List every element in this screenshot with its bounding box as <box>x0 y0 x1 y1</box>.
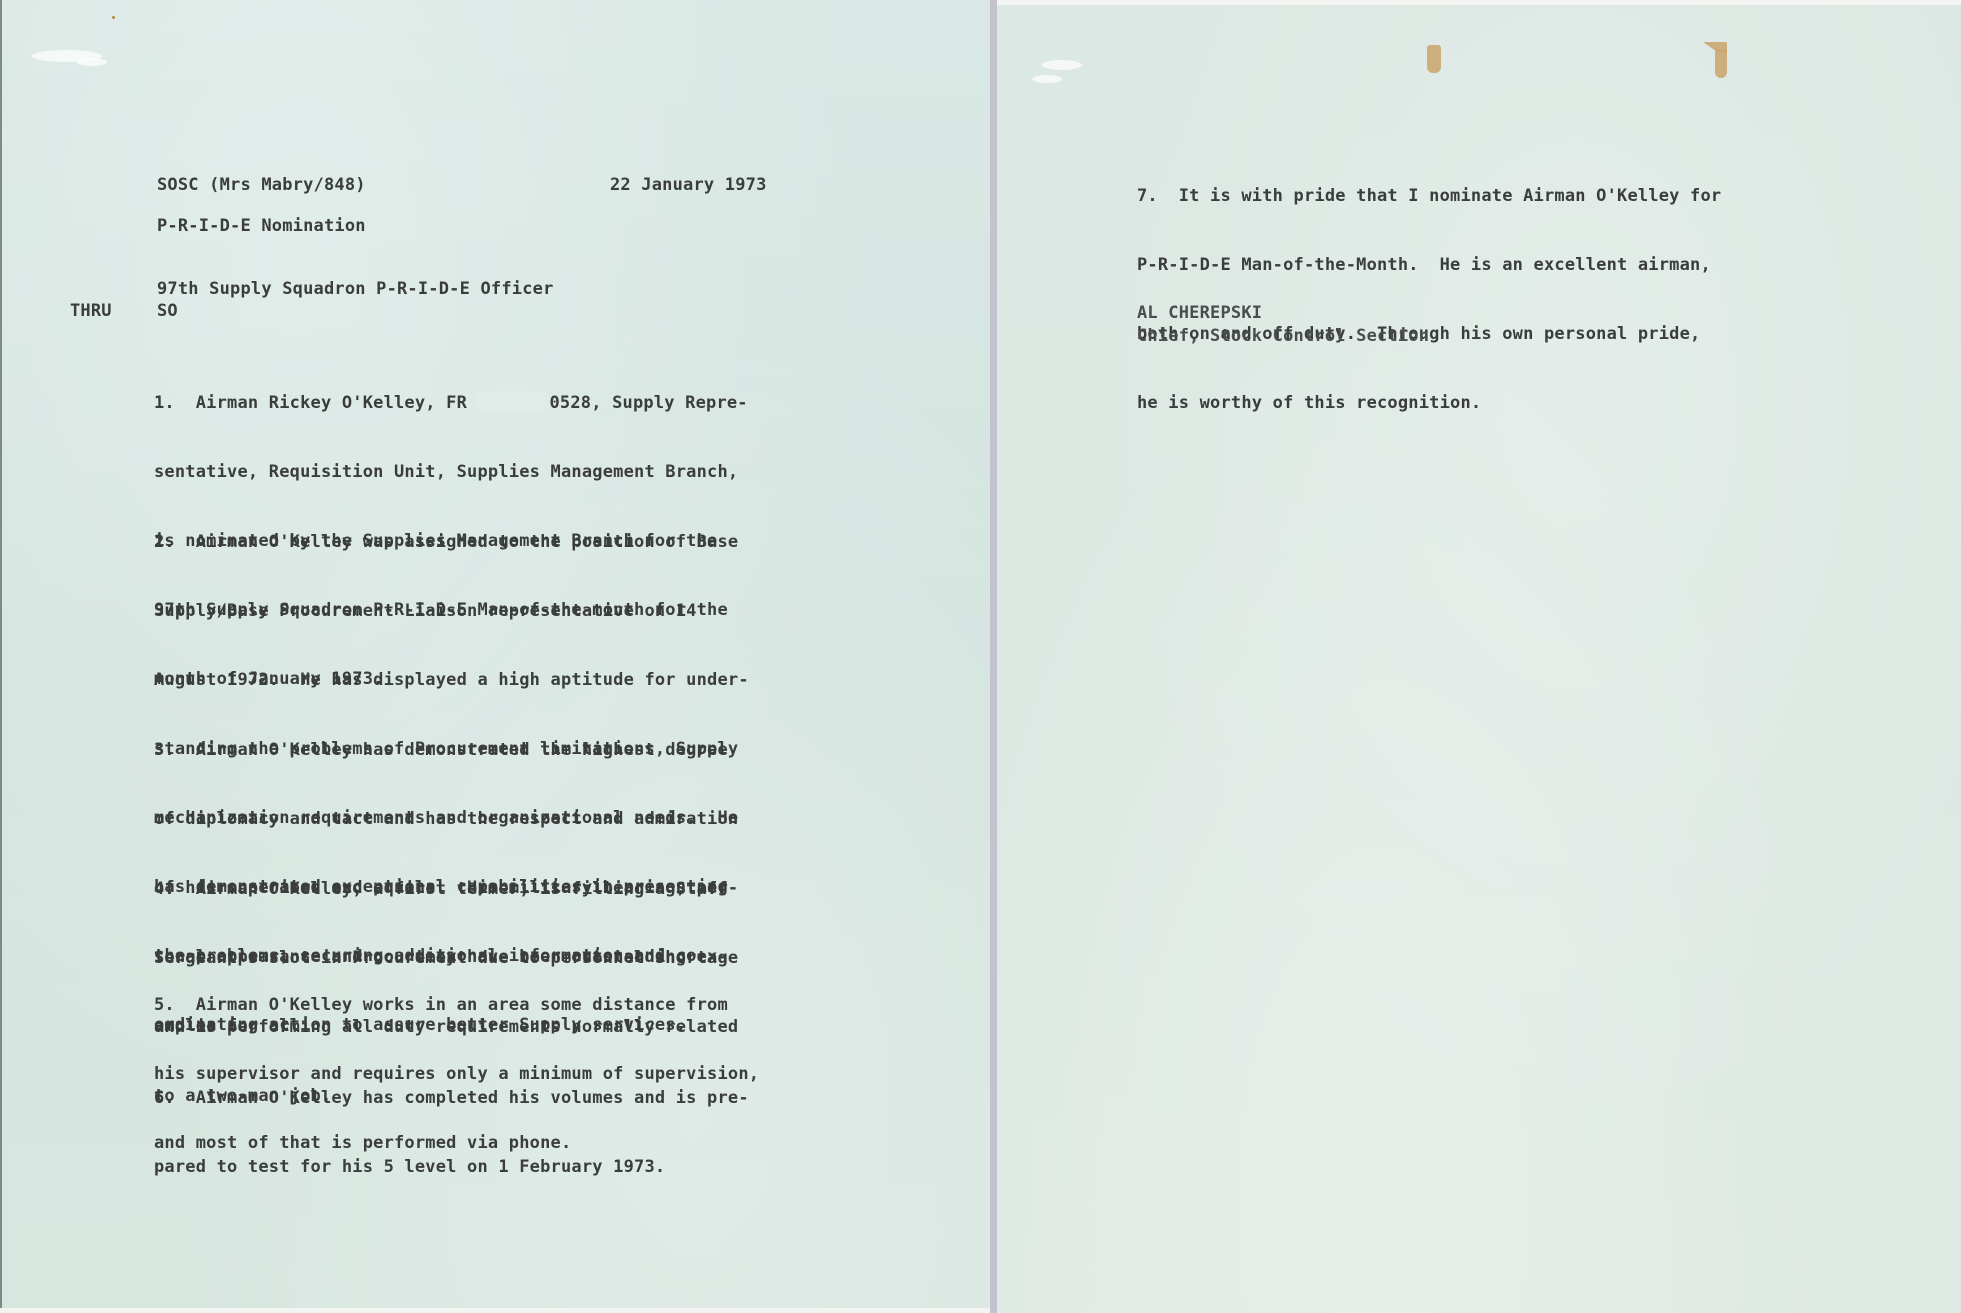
paragraph-line: Supply/Base Procurement Liaison represen… <box>154 600 749 623</box>
tape-residue-mark <box>1715 50 1727 78</box>
tape-residue-mark <box>1427 45 1441 73</box>
memo-to: 97th Supply Squadron P-R-I-D-E Officer <box>157 278 554 301</box>
paragraph-line: August 1972. He has displayed a high apt… <box>154 669 749 692</box>
memo-thru-label: THRU <box>70 300 112 323</box>
memo-thru-value: SO <box>157 300 178 323</box>
paragraph-line: sentative, Requisition Unit, Supplies Ma… <box>154 461 748 484</box>
paragraph-6: 6. Airman O'Kelley has completed his vol… <box>154 1041 749 1225</box>
memo-date: 22 January 1973 <box>610 174 767 197</box>
line-segment: 1. Airman Rickey O'Kelley, FR <box>154 393 467 413</box>
paper-crease <box>1042 60 1082 70</box>
paragraph-7: 7. It is with pride that I nominate Airm… <box>1137 139 1721 461</box>
memo-subject: P-R-I-D-E Nomination <box>157 215 366 238</box>
paragraph-line: pared to test for his 5 level on 1 Febru… <box>154 1156 749 1179</box>
redacted-service-number <box>477 391 549 411</box>
paper-speck <box>112 16 115 19</box>
paper-crease <box>77 58 107 66</box>
paragraph-line: 2. Airman O'Kelley was assigned to the p… <box>154 531 749 554</box>
paragraph-line: 3. Airman O'Kelley has demonstrated the … <box>154 739 738 762</box>
signature-name: AL CHEREPSKI <box>1137 302 1262 325</box>
paragraph-line: 1. Airman Rickey O'Kelley, FR 0528, Supp… <box>154 391 748 415</box>
paragraph-line: 5. Airman O'Kelley works in an area some… <box>154 994 759 1017</box>
paragraph-line: of diplomacy and tact and has the respec… <box>154 808 738 831</box>
page-divider <box>990 0 997 1313</box>
signature-title: Chief, Stock Control Section <box>1137 325 1429 348</box>
memo-page-1: SOSC (Mrs Mabry/848) 22 January 1973 P-R… <box>0 0 990 1308</box>
paragraph-line: he is worthy of this recognition. <box>1137 392 1721 415</box>
line-segment: 0528, Supply Repre- <box>549 393 747 413</box>
memo-from: SOSC (Mrs Mabry/848) <box>157 174 366 197</box>
paragraph-line: P-R-I-D-E Man-of-the-Month. He is an exc… <box>1137 254 1721 277</box>
paragraph-line: 7. It is with pride that I nominate Airm… <box>1137 185 1721 208</box>
paragraph-line: 4. Airman O'Kelley, a first termer, is f… <box>154 878 738 901</box>
paper-crease <box>1032 75 1062 83</box>
paragraph-line: 6. Airman O'Kelley has completed his vol… <box>154 1087 749 1110</box>
memo-page-2: 7. It is with pride that I nominate Airm… <box>997 5 1961 1313</box>
